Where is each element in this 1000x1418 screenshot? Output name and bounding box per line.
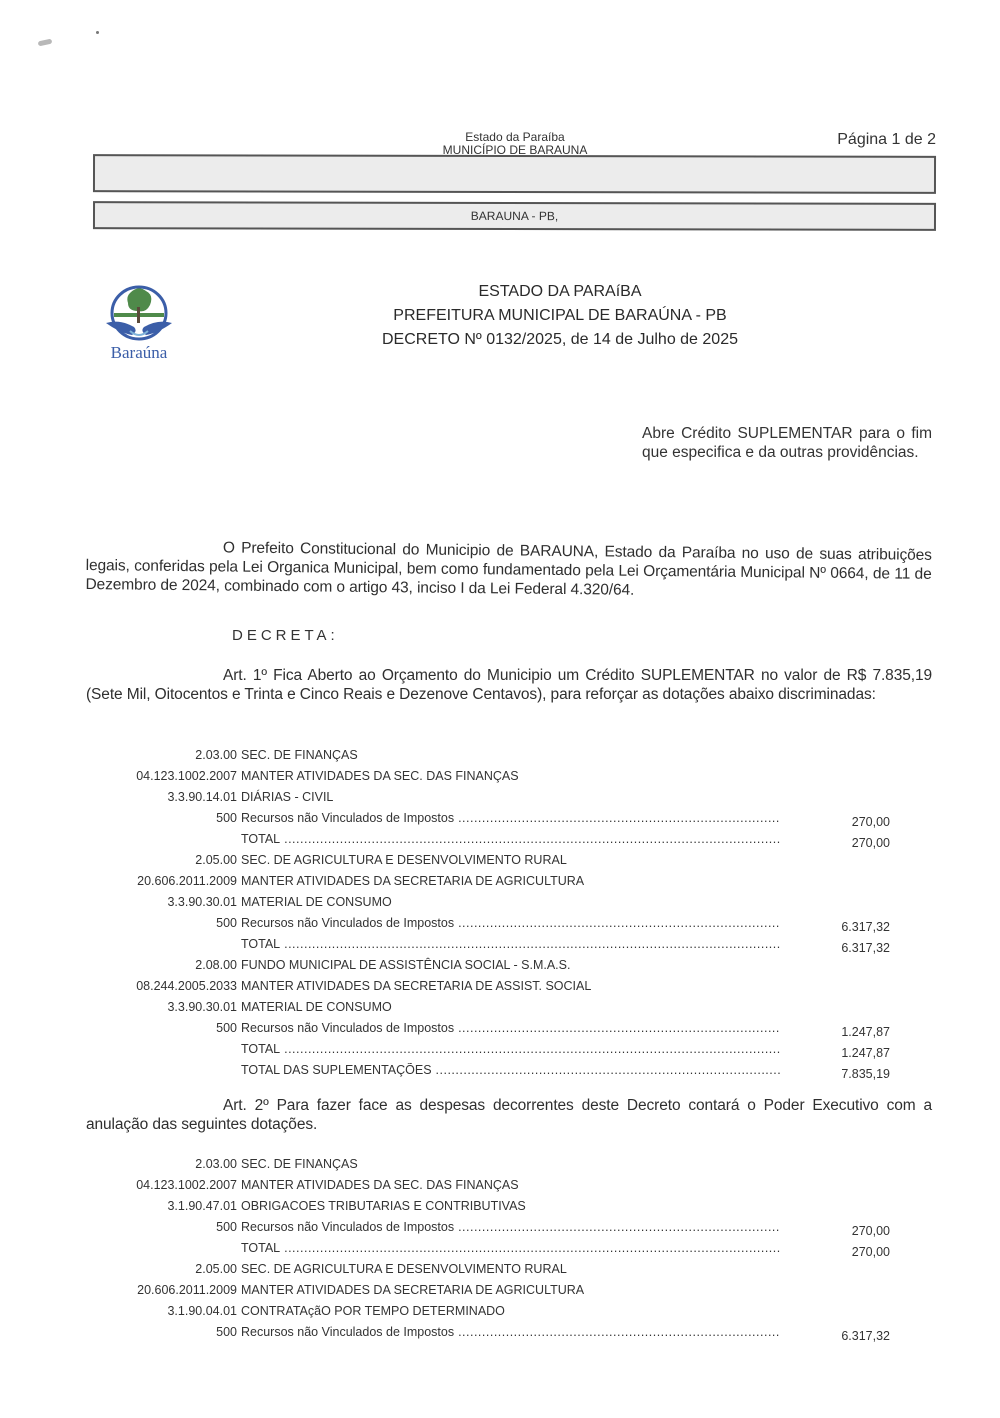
header-empty-bar — [93, 154, 936, 194]
funding-source-row-code: 500 — [216, 811, 237, 825]
grand-total-row-value: 7.835,19 — [841, 1067, 890, 1081]
funding-source-row-value: 6.317,32 — [841, 1329, 890, 1343]
funding-source-row: 500Recursos não Vinculados de Impostos6.… — [100, 916, 900, 937]
budget-action-row-description: MANTER ATIVIDADES DA SEC. DAS FINANÇAS — [241, 769, 519, 783]
decree-title: ESTADO DA PARAíBA PREFEITURA MUNICIPAL D… — [340, 280, 780, 352]
block-total-row: TOTAL6.317,32 — [100, 937, 900, 958]
budget-action-row-code: 04.123.1002.2007 — [136, 769, 237, 783]
funding-source-row-value: 270,00 — [852, 1224, 890, 1238]
budget-unit-row-code: 2.03.00 — [195, 748, 237, 762]
budget-unit-row-description: SEC. DE FINANÇAS — [241, 748, 358, 762]
expense-element-row: 3.3.90.30.01MATERIAL DE CONSUMO — [100, 1000, 900, 1021]
expense-element-row-description: CONTRATAçãO POR TEMPO DETERMINADO — [241, 1304, 505, 1318]
grand-total-row: TOTAL DAS SUPLEMENTAÇÕES7.835,19 — [100, 1063, 900, 1084]
title-state: ESTADO DA PARAíBA — [340, 280, 780, 304]
budget-unit-row: 2.08.00FUNDO MUNICIPAL DE ASSISTÊNCIA SO… — [100, 958, 900, 979]
budget-action-row-code: 20.606.2011.2009 — [137, 1283, 237, 1297]
scan-artifact-dot — [96, 31, 99, 34]
funding-source-row-label-text: Recursos não Vinculados de Impostos — [241, 916, 454, 930]
budget-action-row-code: 08.244.2005.2033 — [136, 979, 237, 993]
budget-unit-row-code: 2.03.00 — [195, 1157, 237, 1171]
funding-source-row-code: 500 — [216, 1325, 237, 1339]
expense-element-row: 3.1.90.47.01OBRIGACOES TRIBUTARIAS E CON… — [100, 1199, 900, 1220]
budget-unit-row: 2.05.00SEC. DE AGRICULTURA E DESENVOLVIM… — [100, 853, 900, 874]
budget-unit-row: 2.05.00SEC. DE AGRICULTURA E DESENVOLVIM… — [100, 1262, 900, 1283]
expense-element-row-code: 3.1.90.47.01 — [167, 1199, 237, 1213]
block-total-row-label-text: TOTAL — [241, 832, 280, 846]
funding-source-row: 500Recursos não Vinculados de Impostos6.… — [100, 1325, 900, 1346]
budget-action-row-code: 04.123.1002.2007 — [136, 1178, 237, 1192]
funding-source-row-label: Recursos não Vinculados de Impostos — [241, 916, 781, 930]
article-2-text: Art. 2º Para fazer face as despesas deco… — [86, 1097, 932, 1133]
article-1-text: Art. 1º Fica Aberto ao Orçamento do Muni… — [86, 667, 932, 703]
title-prefecture: PREFEITURA MUNICIPAL DE BARAÚNA - PB — [340, 304, 780, 328]
funding-source-row-label: Recursos não Vinculados de Impostos — [241, 1021, 781, 1035]
block-total-row-label-text: TOTAL — [241, 937, 280, 951]
budget-unit-row-description: FUNDO MUNICIPAL DE ASSISTÊNCIA SOCIAL - … — [241, 958, 570, 972]
article-2-paragraph: Art. 2º Para fazer face as despesas deco… — [86, 1096, 932, 1134]
expense-element-row-code: 3.3.90.14.01 — [167, 790, 237, 804]
municipal-logo: Baraúna — [100, 283, 178, 363]
expense-element-row-code: 3.3.90.30.01 — [167, 895, 237, 909]
preamble-paragraph: O Prefeito Constitucional do Municipio d… — [85, 537, 932, 603]
annulment-table: 2.03.00SEC. DE FINANÇAS04.123.1002.2007M… — [100, 1157, 900, 1346]
header-location: BARAUNA - PB, — [471, 209, 558, 223]
grand-total-row-label: TOTAL DAS SUPLEMENTAÇÕES — [241, 1063, 781, 1077]
scan-artifact — [38, 39, 53, 47]
funding-source-row-code: 500 — [216, 1220, 237, 1234]
budget-unit-row: 2.03.00SEC. DE FINANÇAS — [100, 1157, 900, 1178]
funding-source-row-label-text: Recursos não Vinculados de Impostos — [241, 811, 454, 825]
expense-element-row-description: OBRIGACOES TRIBUTARIAS E CONTRIBUTIVAS — [241, 1199, 526, 1213]
expense-element-row-description: DIÁRIAS - CIVIL — [241, 790, 333, 804]
budget-action-row-description: MANTER ATIVIDADES DA SECRETARIA DE ASSIS… — [241, 979, 591, 993]
budget-action-row: 20.606.2011.2009MANTER ATIVIDADES DA SEC… — [100, 874, 900, 895]
budget-action-row-description: MANTER ATIVIDADES DA SECRETARIA DE AGRIC… — [241, 874, 584, 888]
funding-source-row-label-text: Recursos não Vinculados de Impostos — [241, 1021, 454, 1035]
budget-action-row-description: MANTER ATIVIDADES DA SECRETARIA DE AGRIC… — [241, 1283, 584, 1297]
budget-unit-row-description: SEC. DE AGRICULTURA E DESENVOLVIMENTO RU… — [241, 853, 567, 867]
block-total-row-label: TOTAL — [241, 832, 781, 846]
expense-element-row-code: 3.3.90.30.01 — [167, 1000, 237, 1014]
block-total-row: TOTAL270,00 — [100, 1241, 900, 1262]
expense-element-row: 3.1.90.04.01CONTRATAçãO POR TEMPO DETERM… — [100, 1304, 900, 1325]
budget-unit-row-code: 2.08.00 — [195, 958, 237, 972]
funding-source-row-label-text: Recursos não Vinculados de Impostos — [241, 1325, 454, 1339]
budget-unit-row: 2.03.00SEC. DE FINANÇAS — [100, 748, 900, 769]
budget-unit-row-description: SEC. DE FINANÇAS — [241, 1157, 358, 1171]
budget-unit-row-description: SEC. DE AGRICULTURA E DESENVOLVIMENTO RU… — [241, 1262, 567, 1276]
grand-total-row-label-text: TOTAL DAS SUPLEMENTAÇÕES — [241, 1063, 432, 1077]
budget-action-row: 04.123.1002.2007MANTER ATIVIDADES DA SEC… — [100, 769, 900, 790]
block-total-row-label-text: TOTAL — [241, 1241, 280, 1255]
funding-source-row-code: 500 — [216, 1021, 237, 1035]
budget-action-row: 04.123.1002.2007MANTER ATIVIDADES DA SEC… — [100, 1178, 900, 1199]
funding-source-row-label: Recursos não Vinculados de Impostos — [241, 1325, 781, 1339]
article-1-paragraph: Art. 1º Fica Aberto ao Orçamento do Muni… — [86, 666, 932, 704]
decree-summary: Abre Crédito SUPLEMENTAR para o fim que … — [642, 424, 932, 462]
budget-action-row: 08.244.2005.2033MANTER ATIVIDADES DA SEC… — [100, 979, 900, 1000]
page-indicator: Página 1 de 2 — [837, 131, 936, 149]
expense-element-row-description: MATERIAL DE CONSUMO — [241, 1000, 392, 1014]
funding-source-row-value: 1.247,87 — [841, 1025, 890, 1039]
block-total-row: TOTAL270,00 — [100, 832, 900, 853]
funding-source-row-label: Recursos não Vinculados de Impostos — [241, 811, 781, 825]
funding-source-row-label: Recursos não Vinculados de Impostos — [241, 1220, 781, 1234]
budget-unit-row-code: 2.05.00 — [195, 853, 237, 867]
funding-source-row-value: 6.317,32 — [841, 920, 890, 934]
budget-action-row-description: MANTER ATIVIDADES DA SEC. DAS FINANÇAS — [241, 1178, 519, 1192]
block-total-row-value: 270,00 — [852, 1245, 890, 1259]
preamble-text: O Prefeito Constitucional do Municipio d… — [85, 539, 932, 598]
funding-source-row-value: 270,00 — [852, 815, 890, 829]
funding-source-row: 500Recursos não Vinculados de Impostos1.… — [100, 1021, 900, 1042]
block-total-row-label: TOTAL — [241, 937, 781, 951]
block-total-row-label: TOTAL — [241, 1241, 781, 1255]
expense-element-row: 3.3.90.14.01DIÁRIAS - CIVIL — [100, 790, 900, 811]
tree-hands-emblem-icon — [100, 283, 178, 345]
decreta-label: DECRETA: — [232, 627, 339, 644]
block-total-row-value: 1.247,87 — [841, 1046, 890, 1060]
block-total-row-value: 270,00 — [852, 836, 890, 850]
header-state-block: Estado da Paraíba MUNICÍPIO DE BARAUNA — [380, 131, 650, 157]
budget-action-row: 20.606.2011.2009MANTER ATIVIDADES DA SEC… — [100, 1283, 900, 1304]
logo-text: Baraúna — [100, 343, 178, 363]
funding-source-row: 500Recursos não Vinculados de Impostos27… — [100, 811, 900, 832]
expense-element-row-description: MATERIAL DE CONSUMO — [241, 895, 392, 909]
expense-element-row: 3.3.90.30.01MATERIAL DE CONSUMO — [100, 895, 900, 916]
title-decree-number: DECRETO Nº 0132/2025, de 14 de Julho de … — [340, 328, 780, 352]
block-total-row-label: TOTAL — [241, 1042, 781, 1056]
header-location-bar: BARAUNA - PB, — [93, 201, 936, 231]
budget-action-row-code: 20.606.2011.2009 — [137, 874, 237, 888]
expense-element-row-code: 3.1.90.04.01 — [167, 1304, 237, 1318]
funding-source-row-label-text: Recursos não Vinculados de Impostos — [241, 1220, 454, 1234]
budget-unit-row-code: 2.05.00 — [195, 1262, 237, 1276]
funding-source-row: 500Recursos não Vinculados de Impostos27… — [100, 1220, 900, 1241]
block-total-row: TOTAL1.247,87 — [100, 1042, 900, 1063]
supplementation-table: 2.03.00SEC. DE FINANÇAS04.123.1002.2007M… — [100, 748, 900, 1084]
funding-source-row-code: 500 — [216, 916, 237, 930]
block-total-row-value: 6.317,32 — [841, 941, 890, 955]
block-total-row-label-text: TOTAL — [241, 1042, 280, 1056]
